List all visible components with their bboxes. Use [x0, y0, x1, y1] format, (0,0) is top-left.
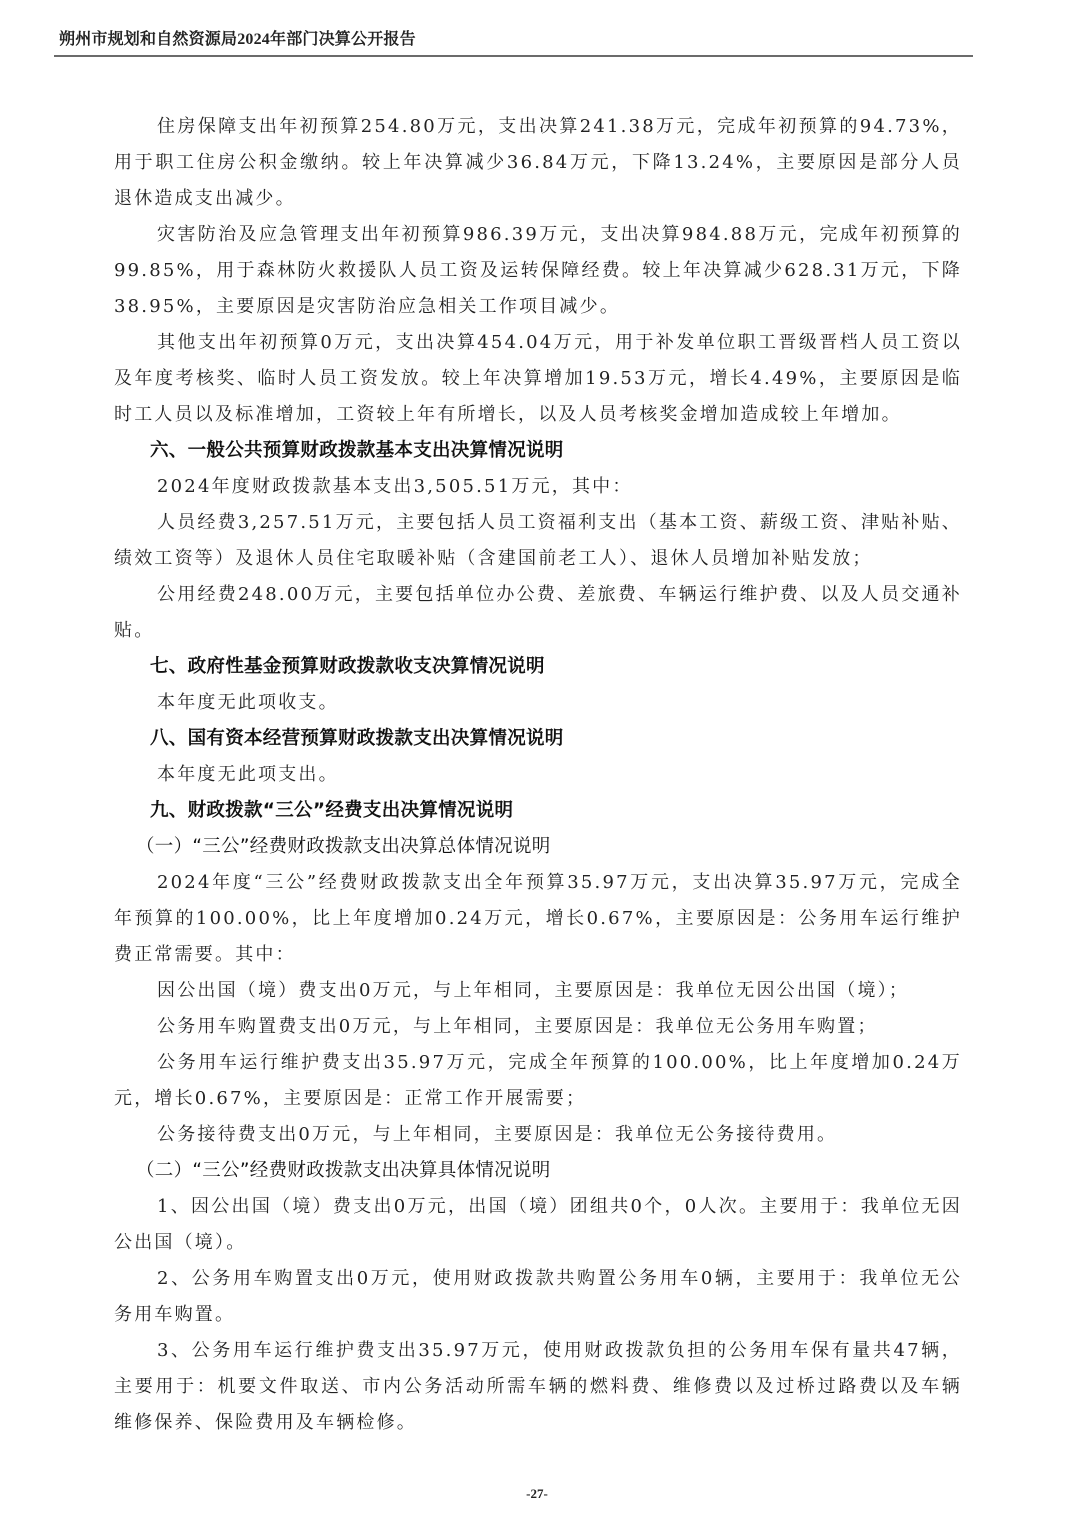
paragraph-disaster-expenditure: 灾害防治及应急管理支出年初预算986.39万元，支出决算984.88万元，完成年… [114, 217, 962, 325]
section-7-heading: 七、政府性基金预算财政拨款收支决算情况说明 [114, 649, 962, 685]
section-9-sub-1-heading: （一）“三公”经费财政拨款支出决算总体情况说明 [114, 829, 962, 865]
section-9-sub-1-paragraph-vehicle-maintenance: 公务用车运行维护费支出35.97万元，完成全年预算的100.00%，比上年度增加… [114, 1045, 962, 1117]
document-running-title: 朔州市规划和自然资源局2024年部门决算公开报告 [59, 26, 416, 49]
section-9-sub-2-paragraph-3: 3、公务用车运行维护费支出35.97万元，使用财政拨款负担的公务用车保有量共47… [114, 1333, 962, 1441]
section-8-paragraph: 本年度无此项支出。 [114, 757, 962, 793]
section-6-paragraph-personnel: 人员经费3,257.51万元，主要包括人员工资福利支出（基本工资、薪级工资、津贴… [114, 505, 962, 577]
section-9-sub-2-heading: （二）“三公”经费财政拨款支出决算具体情况说明 [114, 1153, 962, 1189]
section-9-heading: 九、财政拨款“三公”经费支出决算情况说明 [114, 793, 962, 829]
section-9-sub-1-paragraph-vehicle-purchase: 公务用车购置费支出0万元，与上年相同，主要原因是：我单位无公务用车购置； [114, 1009, 962, 1045]
section-6-paragraph-total: 2024年度财政拨款基本支出3,505.51万元，其中： [114, 469, 962, 505]
section-6-heading: 六、一般公共预算财政拨款基本支出决算情况说明 [114, 433, 962, 469]
paragraph-housing-expenditure: 住房保障支出年初预算254.80万元，支出决算241.38万元，完成年初预算的9… [114, 109, 962, 217]
document-body: 住房保障支出年初预算254.80万元，支出决算241.38万元，完成年初预算的9… [114, 109, 962, 1441]
section-9-sub-1-paragraph-overseas: 因公出国（境）费支出0万元，与上年相同，主要原因是：我单位无因公出国（境）； [114, 973, 962, 1009]
page-header: 朔州市规划和自然资源局2024年部门决算公开报告 [54, 24, 973, 57]
section-9-sub-1-paragraph-overview: 2024年度“三公”经费财政拨款支出全年预算35.97万元，支出决算35.97万… [114, 865, 962, 973]
section-8-heading: 八、国有资本经营预算财政拨款支出决算情况说明 [114, 721, 962, 757]
section-9-sub-2-paragraph-2: 2、公务用车购置支出0万元，使用财政拨款共购置公务用车0辆，主要用于：我单位无公… [114, 1261, 962, 1333]
section-9-sub-2-paragraph-1: 1、因公出国（境）费支出0万元，出国（境）团组共0个，0人次。主要用于：我单位无… [114, 1189, 962, 1261]
page-number: -27- [0, 1486, 1074, 1502]
section-6-paragraph-public-use: 公用经费248.00万元，主要包括单位办公费、差旅费、车辆运行维护费、以及人员交… [114, 577, 962, 649]
section-7-paragraph: 本年度无此项收支。 [114, 685, 962, 721]
section-9-sub-1-paragraph-reception: 公务接待费支出0万元，与上年相同，主要原因是：我单位无公务接待费用。 [114, 1117, 962, 1153]
paragraph-other-expenditure: 其他支出年初预算0万元，支出决算454.04万元，用于补发单位职工晋级晋档人员工… [114, 325, 962, 433]
